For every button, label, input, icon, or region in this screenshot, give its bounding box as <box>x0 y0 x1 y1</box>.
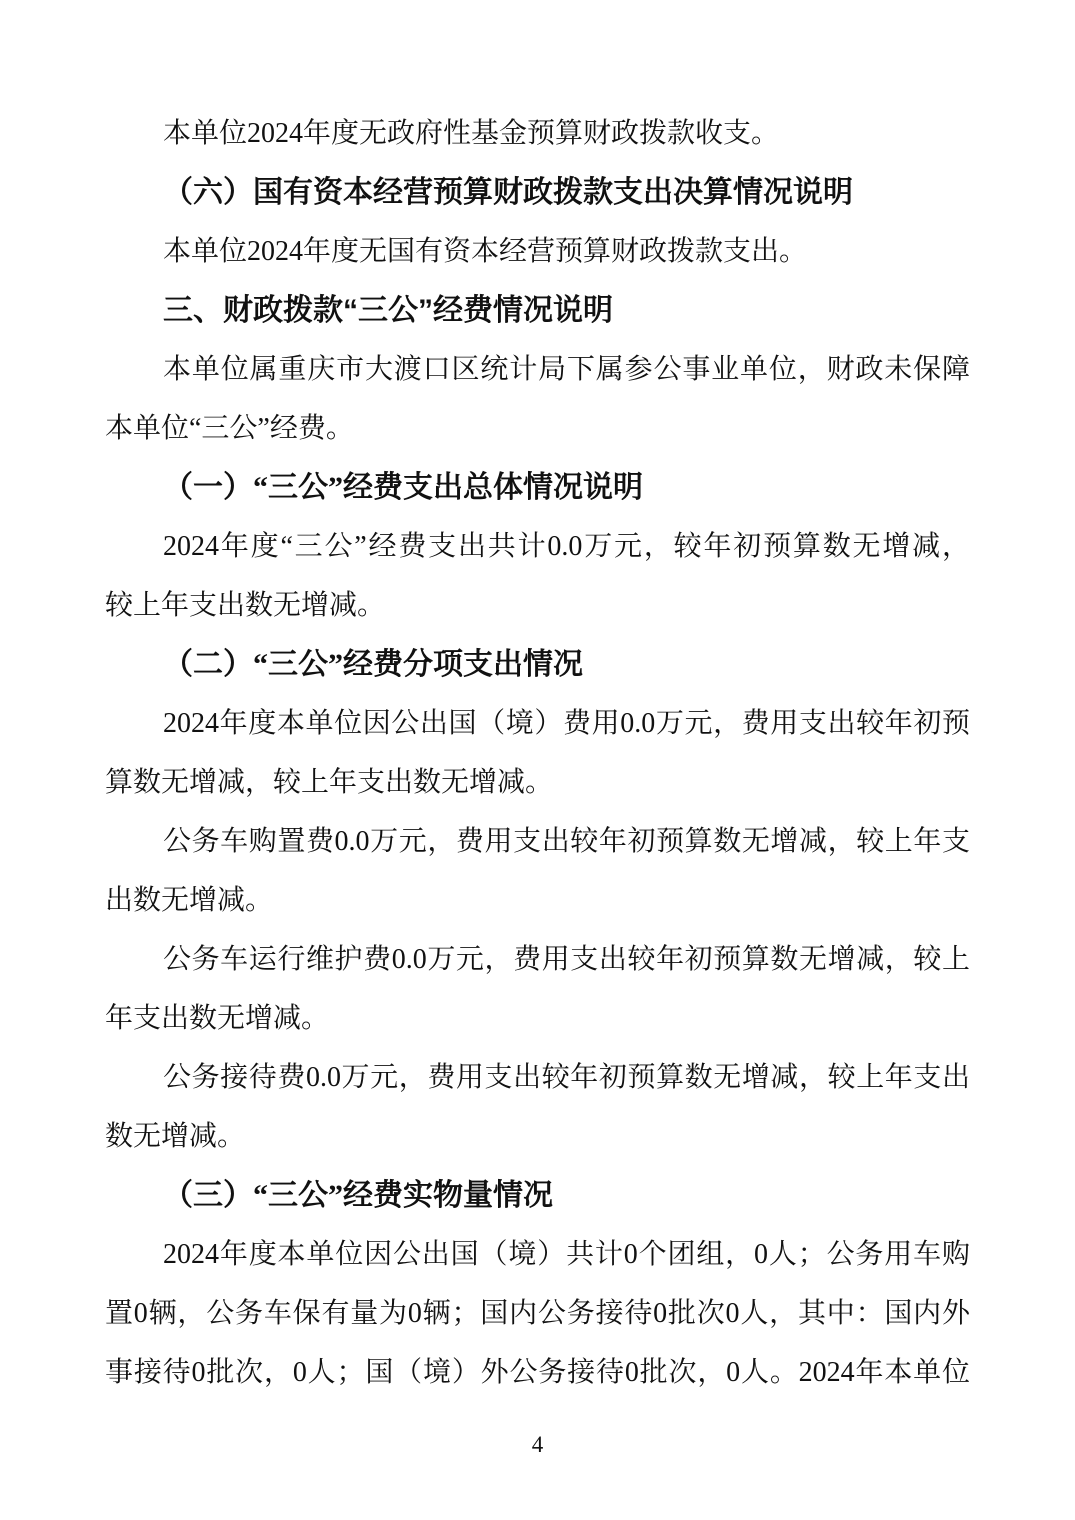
paragraph-line: 本单位“三公”经费。 <box>105 399 970 458</box>
document-page: 本单位2024年度无政府性基金预算财政拨款收支。 （六）国有资本经营预算财政拨款… <box>0 0 1075 1520</box>
paragraph-line: 较上年支出数无增减。 <box>105 576 970 635</box>
paragraph-line: 2024年度本单位因公出国（境）共计0个团组，0人；公务用车购 <box>105 1225 970 1284</box>
paragraph-line: 置0辆，公务车保有量为0辆；国内公务接待0批次0人，其中：国内外 <box>105 1284 970 1343</box>
paragraph-line: 本单位2024年度无国有资本经营预算财政拨款支出。 <box>105 222 970 281</box>
heading-chapter-three: 三、财政拨款“三公”经费情况说明 <box>105 281 970 340</box>
paragraph-line: 2024年度本单位因公出国（境）费用0.0万元，费用支出较年初预 <box>105 694 970 753</box>
paragraph-line: 数无增减。 <box>105 1107 970 1166</box>
paragraph-line: 本单位2024年度无政府性基金预算财政拨款收支。 <box>105 104 970 163</box>
paragraph-line: 年支出数无增减。 <box>105 989 970 1048</box>
page-number: 4 <box>0 1428 1075 1462</box>
document-body: 本单位2024年度无政府性基金预算财政拨款收支。 （六）国有资本经营预算财政拨款… <box>105 104 970 1402</box>
heading-section-six: （六）国有资本经营预算财政拨款支出决算情况说明 <box>105 163 970 222</box>
paragraph-line: 出数无增减。 <box>105 871 970 930</box>
paragraph-line: 本单位属重庆市大渡口区统计局下属参公事业单位，财政未保障 <box>105 340 970 399</box>
paragraph-line: 算数无增减，较上年支出数无增减。 <box>105 753 970 812</box>
heading-section-three: （三）“三公”经费实物量情况 <box>105 1166 970 1225</box>
heading-section-one: （一）“三公”经费支出总体情况说明 <box>105 458 970 517</box>
paragraph-line: 事接待0批次，0人；国（境）外公务接待0批次，0人。2024年本单位 <box>105 1343 970 1402</box>
paragraph-line: 公务车运行维护费0.0万元，费用支出较年初预算数无增减，较上 <box>105 930 970 989</box>
paragraph-line: 公务接待费0.0万元，费用支出较年初预算数无增减，较上年支出 <box>105 1048 970 1107</box>
paragraph-line: 公务车购置费0.0万元，费用支出较年初预算数无增减，较上年支 <box>105 812 970 871</box>
heading-section-two: （二）“三公”经费分项支出情况 <box>105 635 970 694</box>
paragraph-line: 2024年度“三公”经费支出共计0.0万元，较年初预算数无增减， <box>105 517 970 576</box>
